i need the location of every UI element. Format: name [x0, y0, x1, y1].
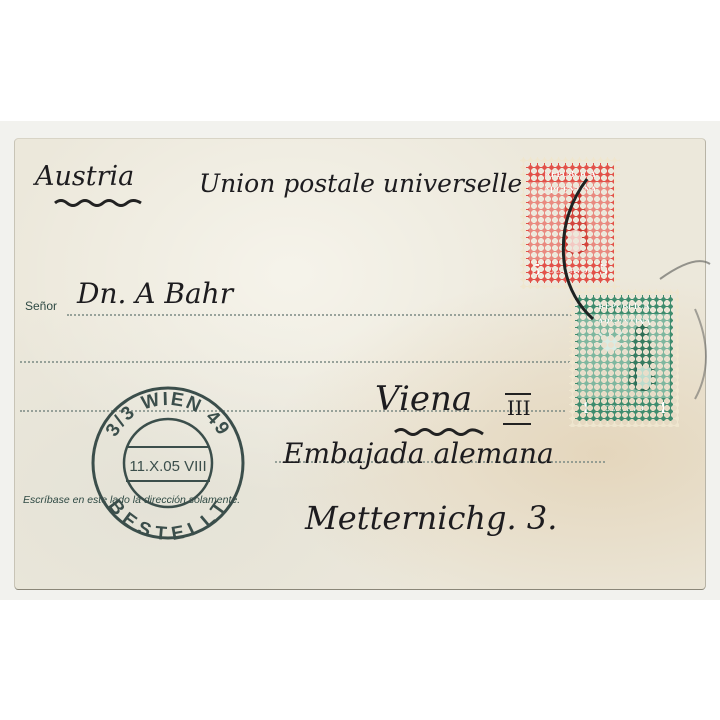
- cancellation-arcs: [545, 169, 715, 419]
- district-overline: [505, 393, 531, 395]
- district: III: [507, 396, 531, 420]
- district-underline: [503, 423, 531, 425]
- svg-text:BESTELLT: BESTELLT: [104, 496, 232, 545]
- salutation-label: Señor: [25, 299, 57, 313]
- street-address: Metternichg. 3.: [305, 499, 557, 537]
- union-postale-line: Union postale universelle: [199, 169, 522, 198]
- underline-squiggle: [53, 197, 145, 209]
- postmark-top-text: 3/3 WIEN 49: [102, 389, 234, 440]
- svg-text:3/3 WIEN 49: 3/3 WIEN 49: [102, 389, 234, 440]
- postmark-date: 11.X.05 VIII: [129, 458, 206, 475]
- stamp-value-left: 5: [532, 260, 541, 280]
- institution: Embajada alemana: [283, 437, 554, 470]
- postcard: Austria Union postale universelle Señor …: [15, 139, 705, 589]
- recipient-name: Dn. A Bahr: [77, 277, 233, 310]
- vienna-postmark: 3/3 WIEN 49 BESTELLT 11.X.05 VIII: [88, 381, 248, 546]
- destination-country: Austria: [35, 161, 134, 192]
- postmark-bottom-text: BESTELLT: [104, 496, 232, 545]
- city: Viena: [375, 379, 472, 419]
- address-dotted-line-1: [67, 314, 572, 316]
- address-dotted-line-2: [20, 361, 570, 363]
